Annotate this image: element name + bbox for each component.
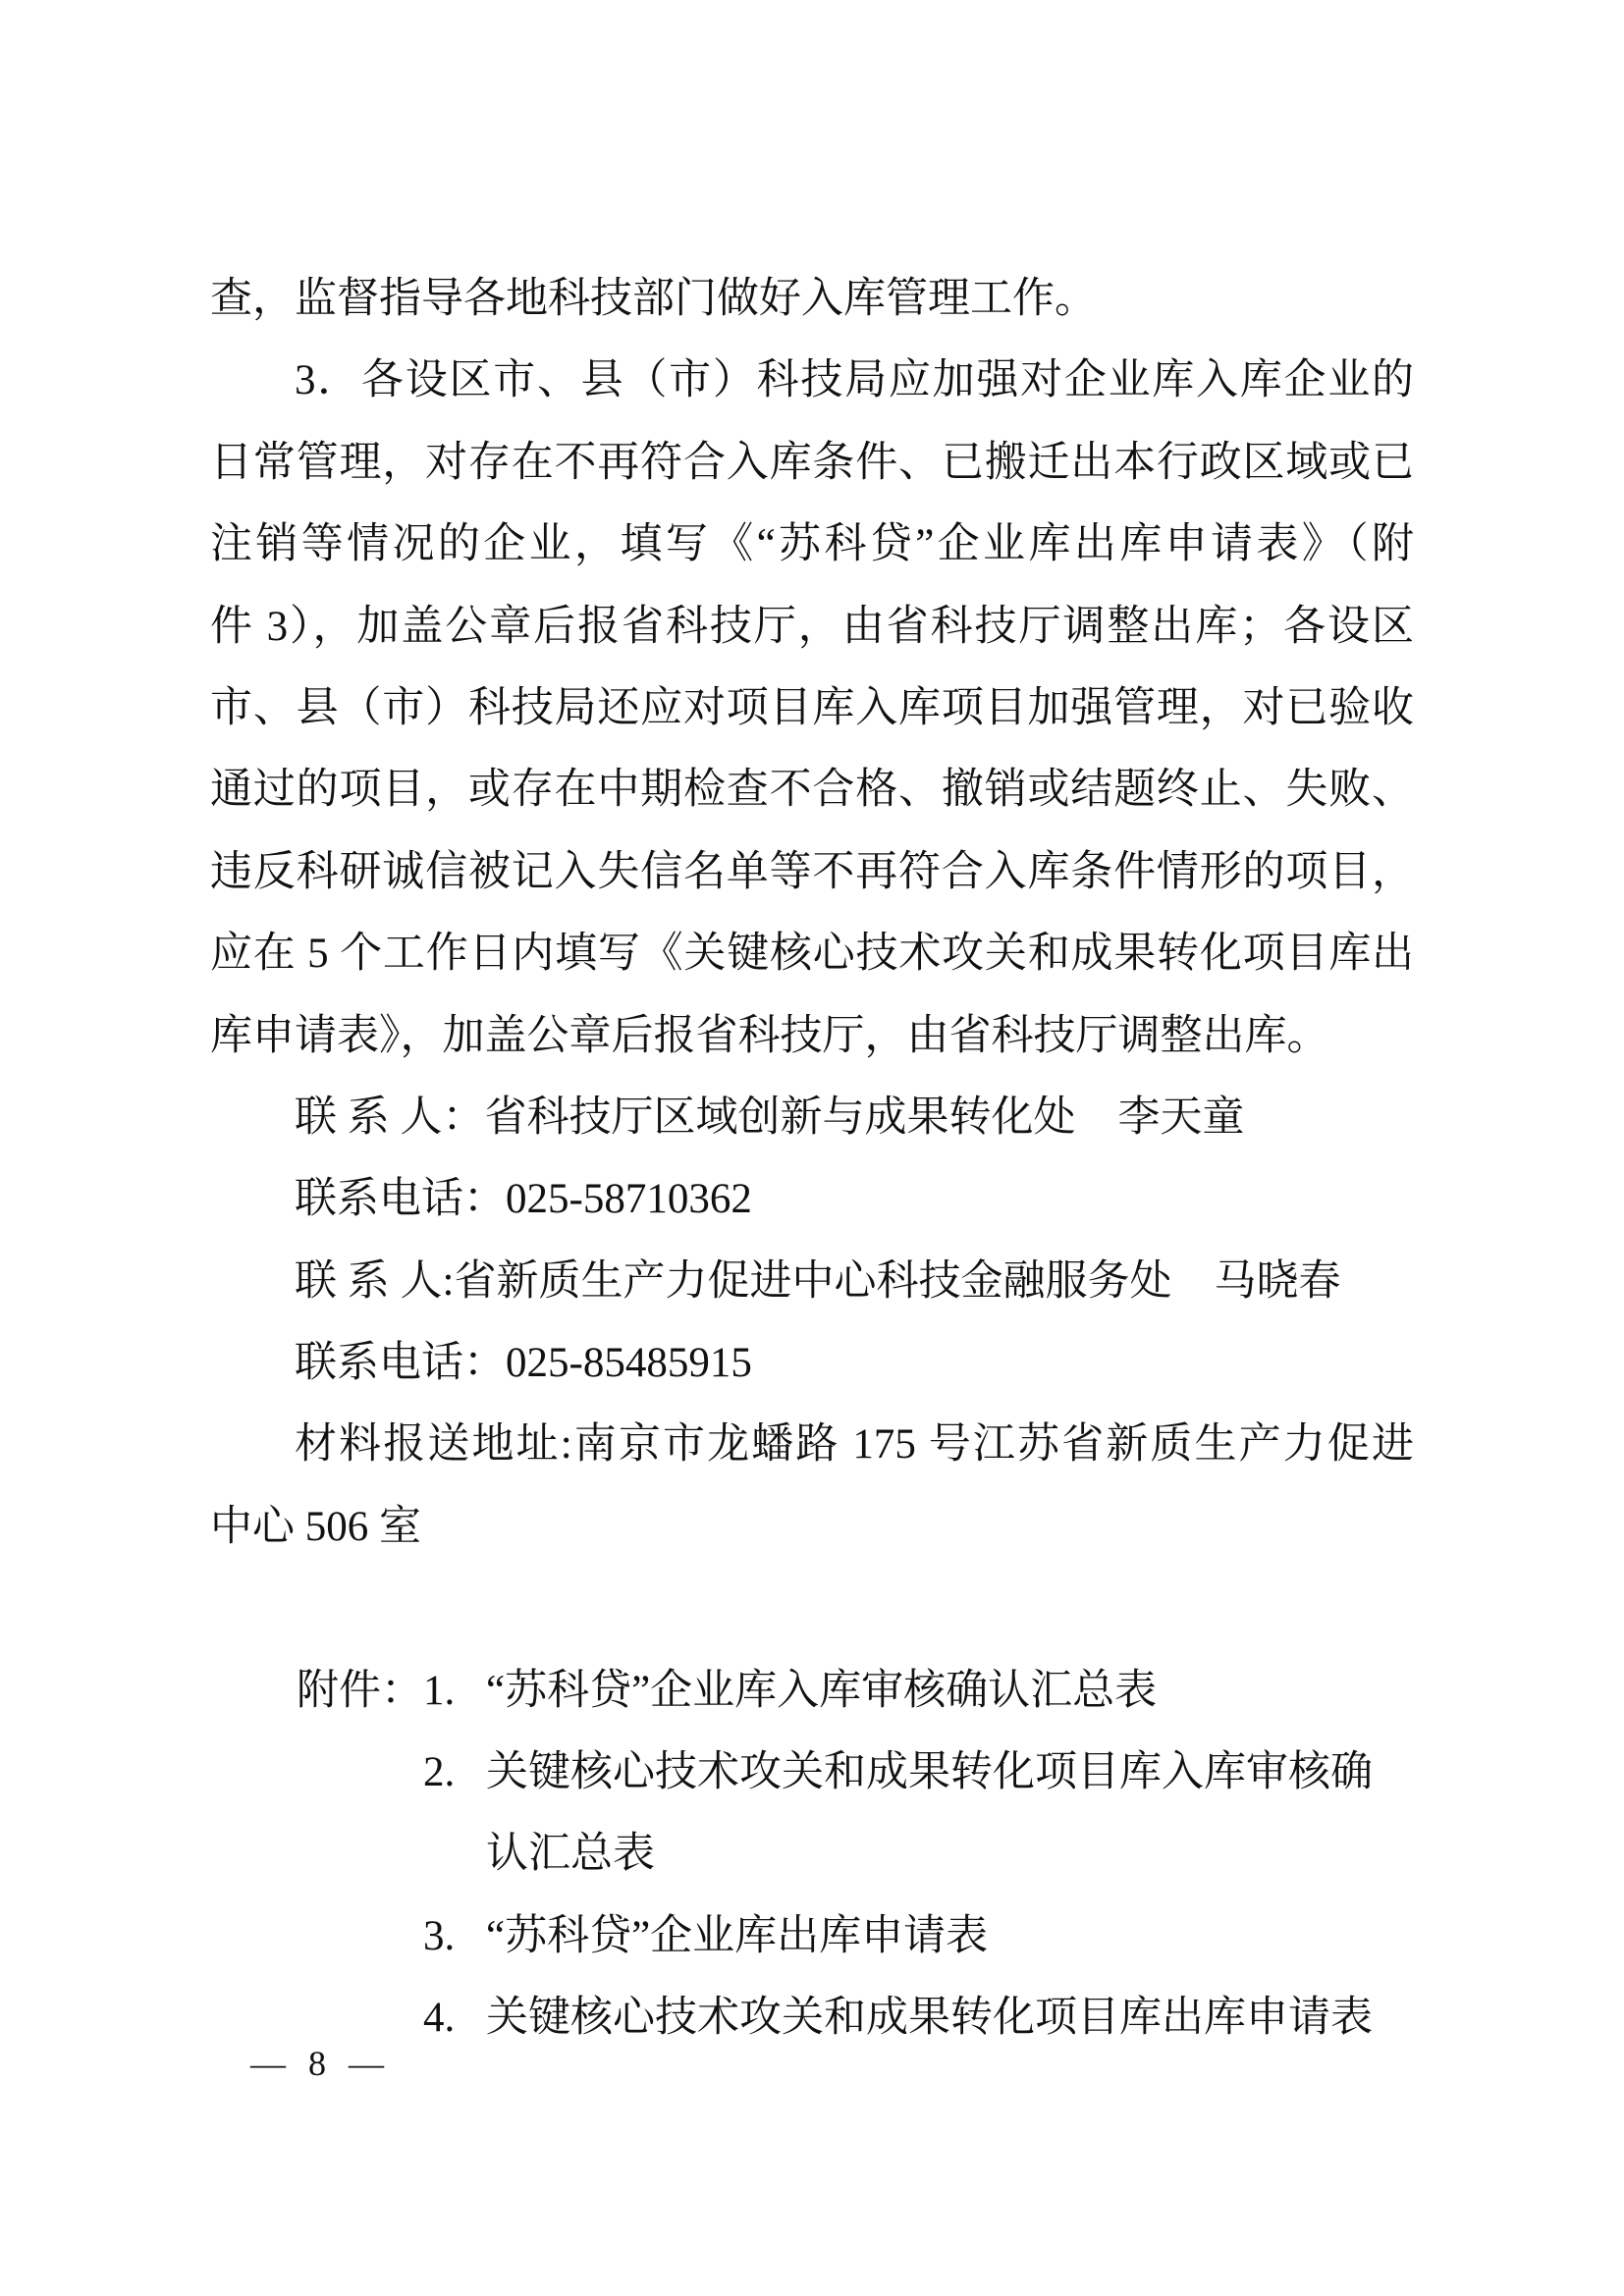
attachment-1-number: 1.	[423, 1650, 486, 1732]
contact-person-line-1: 联 系 人：省科技厅区域创新与成果转化处 李天童	[210, 1077, 1414, 1158]
paragraph-3-line: 通过的项目，或存在中期检查不合格、撤销或结题终止、失败、	[210, 749, 1414, 830]
attachment-4-title: 关键核心技术攻关和成果转化项目库出库申请表	[486, 1995, 1373, 2041]
attachments-label: 附件：	[297, 1668, 423, 1714]
paragraph-3-line: 件 3），加盖公章后报省科技厅，由省科技厅调整出库；各设区	[210, 586, 1414, 667]
paragraph-3-line: 应在 5 个工作日内填写《关键核心技术攻关和成果转化项目库出	[210, 913, 1414, 994]
contact-person-line-2: 联 系 人:省新质生产力促进中心科技金融服务处 马晓春	[210, 1241, 1414, 1322]
attachment-2-title-wrap: 认汇总表	[486, 1831, 655, 1877]
attachment-4-number: 4.	[423, 1977, 486, 2058]
attachment-3-title: “苏科贷”企业库出库申请表	[486, 1913, 988, 1959]
attachment-3-number: 3.	[423, 1896, 486, 1977]
attachment-2-number: 2.	[423, 1732, 486, 1813]
paragraph-3-line: 3．各设区市、县（市）科技局应加强对企业库入库企业的	[210, 340, 1414, 421]
paragraph-3-line: 违反科研诚信被记入失信名单等不再符合入库条件情形的项目，	[210, 831, 1414, 913]
page-number: — 8 —	[250, 2042, 384, 2085]
attachment-1-title: “苏科贷”企业库入库审核确认汇总表	[486, 1668, 1157, 1714]
document-page: 查，监督指导各地科技部门做好入库管理工作。 3．各设区市、县（市）科技局应加强对…	[0, 0, 1624, 2296]
attachment-2-row: 2.关键核心技术攻关和成果转化项目库入库审核确	[210, 1732, 1414, 1813]
attachment-list-header: 附件：1.“苏科贷”企业库入库审核确认汇总表	[210, 1650, 1414, 1732]
address-line-2: 中心 506 室	[210, 1486, 1414, 1568]
contact-phone-line-2: 联系电话：025-85485915	[210, 1322, 1414, 1404]
paragraph-3-line: 注销等情况的企业，填写《“苏科贷”企业库出库申请表》（附	[210, 504, 1414, 585]
paragraph-3-line: 市、县（市）科技局还应对项目库入库项目加强管理，对已验收	[210, 667, 1414, 749]
paragraph-3-line: 日常管理，对存在不再符合入库条件、已搬迁出本行政区域或已	[210, 422, 1414, 504]
attachment-4-row: 4.关键核心技术攻关和成果转化项目库出库申请表	[210, 1977, 1414, 2058]
attachment-2-title: 关键核心技术攻关和成果转化项目库入库审核确	[486, 1749, 1373, 1795]
body-line-continuation: 查，监督指导各地科技部门做好入库管理工作。	[210, 258, 1414, 340]
contact-phone-line-1: 联系电话：025-58710362	[210, 1158, 1414, 1240]
paragraph-3-line: 库申请表》，加盖公章后报省科技厅，由省科技厅调整出库。	[210, 995, 1414, 1077]
document-body: 查，监督指导各地科技部门做好入库管理工作。 3．各设区市、县（市）科技局应加强对…	[210, 258, 1414, 2059]
blank-line	[210, 1568, 1414, 1649]
attachment-2-title-continuation: 认汇总表	[210, 1813, 1414, 1895]
address-line-1: 材料报送地址:南京市龙蟠路 175 号江苏省新质生产力促进	[210, 1404, 1414, 1485]
attachment-3-row: 3.“苏科贷”企业库出库申请表	[210, 1896, 1414, 1977]
